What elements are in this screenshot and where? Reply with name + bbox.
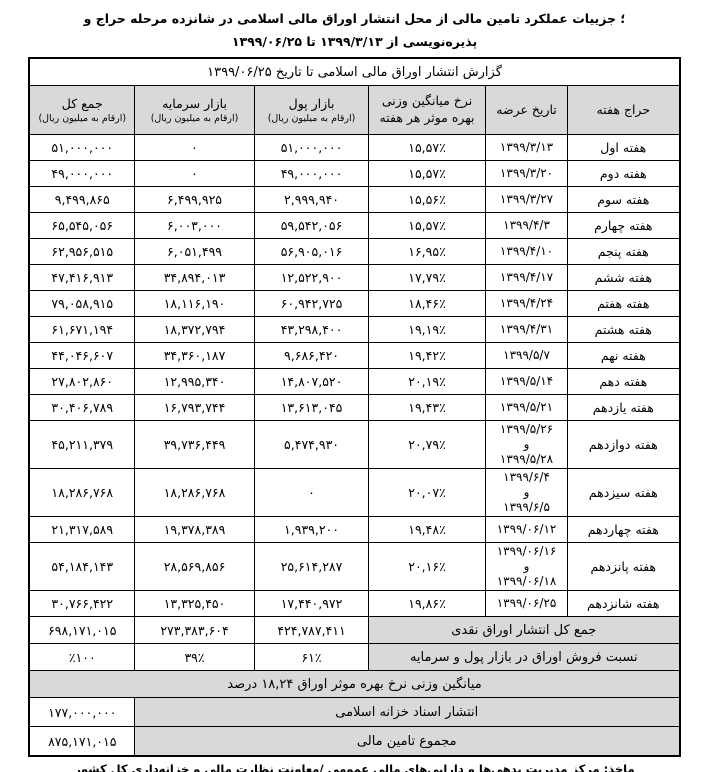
- rate-cell: ۱۵,۵۷٪: [369, 213, 486, 239]
- rate-cell: ۱۵,۵۷٪: [369, 161, 486, 187]
- rate-cell: ۲۰,۷۹٪: [369, 421, 486, 469]
- column-header-money-market: بازار پول (ارقام به میلیون ریال): [255, 86, 369, 135]
- source-attribution: ماخذ: مرکز مدیریت بدهی‌ها و دارایی‌های م…: [0, 762, 709, 772]
- offer-date-cell: ۱۳۹۹/۳/۲۰: [486, 161, 568, 187]
- week-cell: هفته چهارم: [568, 213, 680, 239]
- summary-total-money: ۴۲۴,۷۸۷,۴۱۱: [255, 617, 369, 644]
- rate-cell: ۱۹,۱۹٪: [369, 317, 486, 343]
- money-market-cell: ۲۵,۶۱۴,۲۸۷: [255, 543, 369, 591]
- total-cell: ۴۴,۰۴۶,۶۰۷: [29, 343, 134, 369]
- column-header-money-market-label: بازار پول: [289, 96, 335, 111]
- document-title-line1: ؛ جزییات عملکرد تامین مالی از محل انتشار…: [10, 7, 699, 30]
- money-market-cell: ۶۰,۹۴۲,۷۲۵: [255, 291, 369, 317]
- summary-total-label: جمع کل انتشار اوراق نقدی: [369, 617, 680, 644]
- total-cell: ۶۵,۵۴۵,۰۵۶: [29, 213, 134, 239]
- money-market-cell: ۱۲,۵۲۲,۹۰۰: [255, 265, 369, 291]
- column-header-capital-market-label: بازار سرمایه: [162, 96, 227, 111]
- money-market-cell: ۵,۴۷۴,۹۳۰: [255, 421, 369, 469]
- money-market-cell: ۵۶,۹۰۵,۰۱۶: [255, 239, 369, 265]
- rate-cell: ۱۷,۷۹٪: [369, 265, 486, 291]
- capital-market-cell: ۶,۰۵۱,۴۹۹: [135, 239, 255, 265]
- offer-date-cell: ۱۳۹۹/۴/۲۴: [486, 291, 568, 317]
- total-cell: ۶۱,۶۷۱,۱۹۴: [29, 317, 134, 343]
- capital-market-cell: ۶,۴۹۹,۹۲۵: [135, 187, 255, 213]
- total-cell: ۴۹,۰۰۰,۰۰۰: [29, 161, 134, 187]
- document-title-line2: پذیره‌نویسی از ۱۳۹۹/۳/۱۳ تا ۱۳۹۹/۰۶/۲۵: [10, 30, 699, 53]
- capital-market-cell: ۳۹,۷۳۶,۴۴۹: [135, 421, 255, 469]
- table-row: هفته یازدهم ۱۳۹۹/۵/۲۱ ۱۹,۴۳٪ ۱۳,۶۱۳,۰۴۵ …: [29, 395, 679, 421]
- money-market-cell: ۹,۶۸۶,۴۲۰: [255, 343, 369, 369]
- offer-date-cell: ۱۳۹۹/۰۶/۲۵: [486, 591, 568, 617]
- table-row: هفته دوازدهم ۱۳۹۹/۵/۲۶ و ۱۳۹۹/۵/۲۸ ۲۰,۷۹…: [29, 421, 679, 469]
- money-market-cell: ۴۹,۰۰۰,۰۰۰: [255, 161, 369, 187]
- rate-cell: ۱۵,۵۶٪: [369, 187, 486, 213]
- table-row: هفته چهارم ۱۳۹۹/۴/۳ ۱۵,۵۷٪ ۵۹,۵۴۲,۰۵۶ ۶,…: [29, 213, 679, 239]
- summary-total-capital: ۲۷۳,۳۸۳,۶۰۴: [135, 617, 255, 644]
- week-cell: هفته ششم: [568, 265, 680, 291]
- rate-cell: ۱۹,۸۶٪: [369, 591, 486, 617]
- week-cell: هفته دوازدهم: [568, 421, 680, 469]
- total-cell: ۵۴,۱۸۴,۱۴۳: [29, 543, 134, 591]
- money-market-cell: ۴۳,۲۹۸,۴۰۰: [255, 317, 369, 343]
- total-cell: ۴۵,۲۱۱,۳۷۹: [29, 421, 134, 469]
- average-rate-note: میانگین وزنی نرخ بهره موثر اوراق ۱۸,۲۴ د…: [29, 671, 679, 698]
- table-row: هفته اول ۱۳۹۹/۳/۱۳ ۱۵,۵۷٪ ۵۱,۰۰۰,۰۰۰ ۰ ۵…: [29, 135, 679, 161]
- table-row: هفته چهاردهم ۱۳۹۹/۰۶/۱۲ ۱۹,۴۸٪ ۱,۹۳۹,۲۰۰…: [29, 517, 679, 543]
- total-cell: ۲۷,۸۰۲,۸۶۰: [29, 369, 134, 395]
- offer-date-cell: ۱۳۹۹/۳/۱۳: [486, 135, 568, 161]
- rate-cell: ۱۸,۴۶٪: [369, 291, 486, 317]
- column-header-total: جمع کل (ارقام به میلیون ریال): [29, 86, 134, 135]
- summary-ratio-row: نسبت فروش اوراق در بازار پول و سرمایه ۶۱…: [29, 644, 679, 671]
- islamic-securities-report-table: گزارش انتشار اوراق مالی اسلامی تا تاریخ …: [28, 57, 680, 757]
- week-cell: هفته نهم: [568, 343, 680, 369]
- column-header-capital-market: بازار سرمایه (ارقام به میلیون ریال): [135, 86, 255, 135]
- total-cell: ۳۰,۴۰۶,۷۸۹: [29, 395, 134, 421]
- table-row: هفته ششم ۱۳۹۹/۴/۱۷ ۱۷,۷۹٪ ۱۲,۵۲۲,۹۰۰ ۳۴,…: [29, 265, 679, 291]
- capital-market-cell: ۳۴,۳۶۰,۱۸۷: [135, 343, 255, 369]
- offer-date-cell: ۱۳۹۹/۵/۲۶ و ۱۳۹۹/۵/۲۸: [486, 421, 568, 469]
- total-cell: ۵۱,۰۰۰,۰۰۰: [29, 135, 134, 161]
- column-header-week: حراج هفته: [568, 86, 680, 135]
- week-cell: هفته چهاردهم: [568, 517, 680, 543]
- capital-market-cell: ۶,۰۰۳,۰۰۰: [135, 213, 255, 239]
- offer-date-cell: ۱۳۹۹/۰۶/۱۶ و ۱۳۹۹/۰۶/۱۸: [486, 543, 568, 591]
- money-market-cell: ۱,۹۳۹,۲۰۰: [255, 517, 369, 543]
- grand-total-row: مجموع تامین مالی ۸۷۵,۱۷۱,۰۱۵: [29, 727, 679, 757]
- rate-cell: ۲۰,۱۶٪: [369, 543, 486, 591]
- total-cell: ۷۹,۰۵۸,۹۱۵: [29, 291, 134, 317]
- total-cell: ۱۸,۲۸۶,۷۶۸: [29, 469, 134, 517]
- offer-date-cell: ۱۳۹۹/۴/۳: [486, 213, 568, 239]
- week-cell: هفته یازدهم: [568, 395, 680, 421]
- table-row: هفته سوم ۱۳۹۹/۳/۲۷ ۱۵,۵۶٪ ۲,۹۹۹,۹۴۰ ۶,۴۹…: [29, 187, 679, 213]
- capital-market-cell: ۰: [135, 161, 255, 187]
- rate-cell: ۱۹,۴۲٪: [369, 343, 486, 369]
- money-market-cell: ۱۴,۸۰۷,۵۲۰: [255, 369, 369, 395]
- capital-market-cell: ۳۴,۸۹۴,۰۱۳: [135, 265, 255, 291]
- offer-date-cell: ۱۳۹۹/۴/۱۰: [486, 239, 568, 265]
- summary-total-row: جمع کل انتشار اوراق نقدی ۴۲۴,۷۸۷,۴۱۱ ۲۷۳…: [29, 617, 679, 644]
- offer-date-cell: ۱۳۹۹/۵/۷: [486, 343, 568, 369]
- grand-total-label: مجموع تامین مالی: [135, 727, 680, 757]
- money-market-cell: ۱۳,۶۱۳,۰۴۵: [255, 395, 369, 421]
- offer-date-cell: ۱۳۹۹/۰۶/۱۲: [486, 517, 568, 543]
- column-header-total-label: جمع کل: [62, 96, 103, 111]
- capital-market-cell: ۲۸,۵۶۹,۸۵۶: [135, 543, 255, 591]
- total-cell: ۶۲,۹۵۶,۵۱۵: [29, 239, 134, 265]
- column-header-money-market-sub: (ارقام به میلیون ریال): [258, 113, 365, 124]
- summary-ratio-money: ۶۱٪: [255, 644, 369, 671]
- week-cell: هفته پانزدهم: [568, 543, 680, 591]
- week-cell: هفته اول: [568, 135, 680, 161]
- column-header-rate: نرخ میانگین وزنی بهره موثر هر هفته: [369, 86, 486, 135]
- rate-cell: ۱۵,۵۷٪: [369, 135, 486, 161]
- treasury-label: انتشار اسناد خزانه اسلامی: [135, 698, 680, 727]
- table-row: هفته سیزدهم ۱۳۹۹/۶/۴ و ۱۳۹۹/۶/۵ ۲۰,۰۷٪ ۰…: [29, 469, 679, 517]
- table-row: هفته هشتم ۱۳۹۹/۴/۳۱ ۱۹,۱۹٪ ۴۳,۲۹۸,۴۰۰ ۱۸…: [29, 317, 679, 343]
- table-header-row: حراج هفته تاریخ عرضه نرخ میانگین وزنی به…: [29, 86, 679, 135]
- money-market-cell: ۱۷,۴۴۰,۹۷۲: [255, 591, 369, 617]
- capital-market-cell: ۱۸,۲۸۶,۷۶۸: [135, 469, 255, 517]
- week-cell: هفته سوم: [568, 187, 680, 213]
- offer-date-cell: ۱۳۹۹/۳/۲۷: [486, 187, 568, 213]
- capital-market-cell: ۱۳,۳۲۵,۴۵۰: [135, 591, 255, 617]
- table-row: هفته نهم ۱۳۹۹/۵/۷ ۱۹,۴۲٪ ۹,۶۸۶,۴۲۰ ۳۴,۳۶…: [29, 343, 679, 369]
- total-cell: ۴۷,۴۱۶,۹۱۳: [29, 265, 134, 291]
- document-title: ؛ جزییات عملکرد تامین مالی از محل انتشار…: [10, 7, 699, 53]
- offer-date-cell: ۱۳۹۹/۵/۲۱: [486, 395, 568, 421]
- treasury-value: ۱۷۷,۰۰۰,۰۰۰: [29, 698, 134, 727]
- table-row: هفته دهم ۱۳۹۹/۵/۱۴ ۲۰,۱۹٪ ۱۴,۸۰۷,۵۲۰ ۱۲,…: [29, 369, 679, 395]
- table-row: هفته پانزدهم ۱۳۹۹/۰۶/۱۶ و ۱۳۹۹/۰۶/۱۸ ۲۰,…: [29, 543, 679, 591]
- capital-market-cell: ۱۲,۹۹۵,۳۴۰: [135, 369, 255, 395]
- table-body: گزارش انتشار اوراق مالی اسلامی تا تاریخ …: [29, 58, 679, 756]
- table-row: هفته هفتم ۱۳۹۹/۴/۲۴ ۱۸,۴۶٪ ۶۰,۹۴۲,۷۲۵ ۱۸…: [29, 291, 679, 317]
- column-header-total-sub: (ارقام به میلیون ریال): [33, 113, 131, 124]
- grand-total-value: ۸۷۵,۱۷۱,۰۱۵: [29, 727, 134, 757]
- money-market-cell: ۵۹,۵۴۲,۰۵۶: [255, 213, 369, 239]
- offer-date-cell: ۱۳۹۹/۴/۳۱: [486, 317, 568, 343]
- week-cell: هفته پنجم: [568, 239, 680, 265]
- capital-market-cell: ۱۹,۳۷۸,۳۸۹: [135, 517, 255, 543]
- table-row: هفته دوم ۱۳۹۹/۳/۲۰ ۱۵,۵۷٪ ۴۹,۰۰۰,۰۰۰ ۰ ۴…: [29, 161, 679, 187]
- week-cell: هفته هشتم: [568, 317, 680, 343]
- money-market-cell: ۵۱,۰۰۰,۰۰۰: [255, 135, 369, 161]
- total-cell: ۹,۴۹۹,۸۶۵: [29, 187, 134, 213]
- capital-market-cell: ۱۶,۷۹۳,۷۴۴: [135, 395, 255, 421]
- column-header-capital-market-sub: (ارقام به میلیون ریال): [138, 113, 251, 124]
- offer-date-cell: ۱۳۹۹/۶/۴ و ۱۳۹۹/۶/۵: [486, 469, 568, 517]
- rate-cell: ۲۰,۰۷٪: [369, 469, 486, 517]
- offer-date-cell: ۱۳۹۹/۵/۱۴: [486, 369, 568, 395]
- summary-ratio-label: نسبت فروش اوراق در بازار پول و سرمایه: [369, 644, 680, 671]
- column-header-date: تاریخ عرضه: [486, 86, 568, 135]
- week-cell: هفته هفتم: [568, 291, 680, 317]
- summary-total-all: ۶۹۸,۱۷۱,۰۱۵: [29, 617, 134, 644]
- table-row: هفته پنجم ۱۳۹۹/۴/۱۰ ۱۶,۹۵٪ ۵۶,۹۰۵,۰۱۶ ۶,…: [29, 239, 679, 265]
- total-cell: ۲۱,۳۱۷,۵۸۹: [29, 517, 134, 543]
- capital-market-cell: ۰: [135, 135, 255, 161]
- week-cell: هفته دوم: [568, 161, 680, 187]
- week-cell: هفته سیزدهم: [568, 469, 680, 517]
- rate-cell: ۱۶,۹۵٪: [369, 239, 486, 265]
- offer-date-cell: ۱۳۹۹/۴/۱۷: [486, 265, 568, 291]
- capital-market-cell: ۱۸,۳۷۲,۷۹۴: [135, 317, 255, 343]
- treasury-row: انتشار اسناد خزانه اسلامی ۱۷۷,۰۰۰,۰۰۰: [29, 698, 679, 727]
- rate-cell: ۲۰,۱۹٪: [369, 369, 486, 395]
- summary-ratio-all: ٪۱۰۰: [29, 644, 134, 671]
- money-market-cell: ۲,۹۹۹,۹۴۰: [255, 187, 369, 213]
- total-cell: ۳۰,۷۶۶,۴۲۲: [29, 591, 134, 617]
- rate-cell: ۱۹,۴۳٪: [369, 395, 486, 421]
- money-market-cell: ۰: [255, 469, 369, 517]
- summary-ratio-capital: ۳۹٪: [135, 644, 255, 671]
- table-row: هفته شانزدهم ۱۳۹۹/۰۶/۲۵ ۱۹,۸۶٪ ۱۷,۴۴۰,۹۷…: [29, 591, 679, 617]
- week-cell: هفته شانزدهم: [568, 591, 680, 617]
- table-caption: گزارش انتشار اوراق مالی اسلامی تا تاریخ …: [29, 58, 679, 86]
- average-rate-row: میانگین وزنی نرخ بهره موثر اوراق ۱۸,۲۴ د…: [29, 671, 679, 698]
- table-caption-row: گزارش انتشار اوراق مالی اسلامی تا تاریخ …: [29, 58, 679, 86]
- rate-cell: ۱۹,۴۸٪: [369, 517, 486, 543]
- week-cell: هفته دهم: [568, 369, 680, 395]
- capital-market-cell: ۱۸,۱۱۶,۱۹۰: [135, 291, 255, 317]
